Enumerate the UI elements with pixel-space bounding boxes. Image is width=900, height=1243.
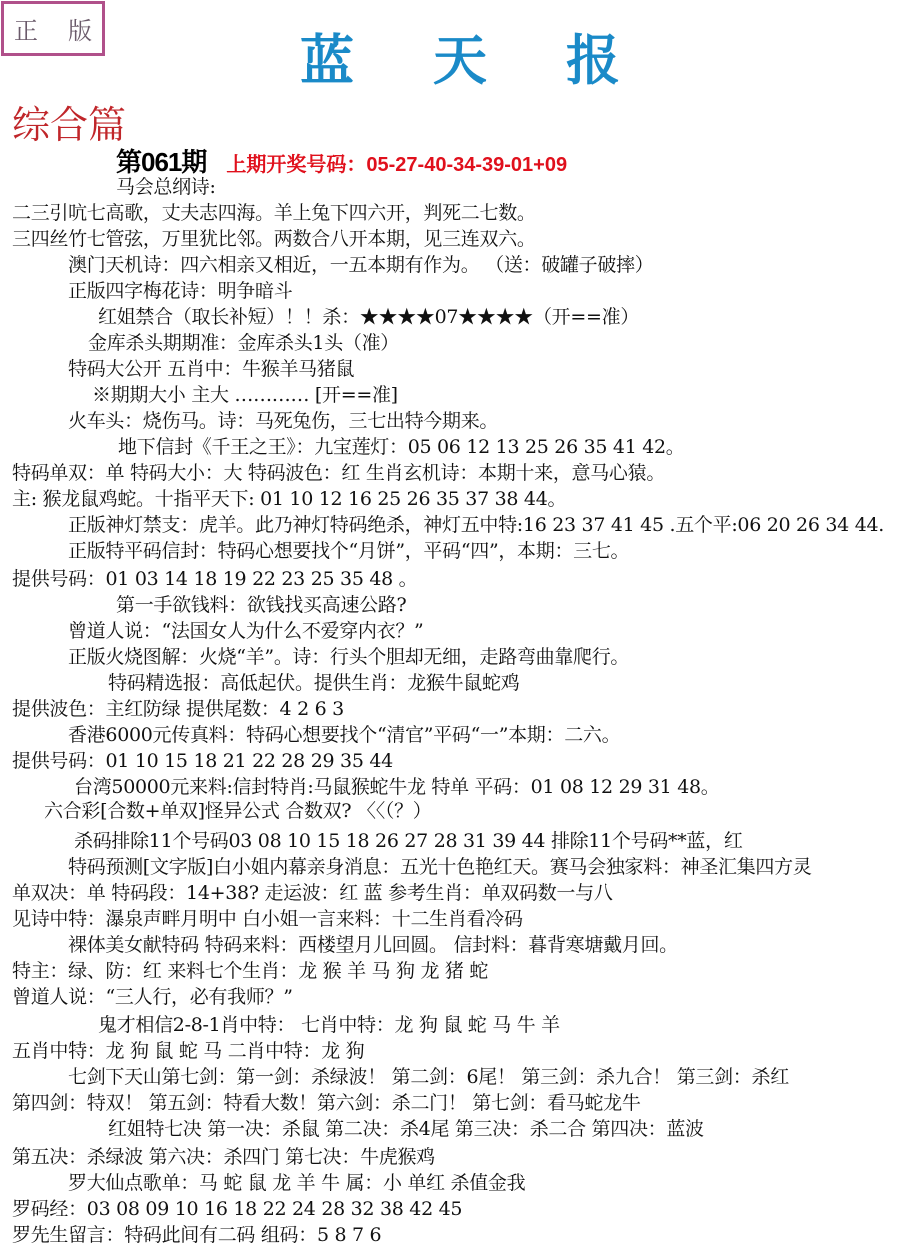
text-line: 火车头：烧伤马。诗：马死兔伤，三七出特今期来。 <box>68 410 498 432</box>
text-line: 正版特平码信封：特码心想要找个“月饼”，平码“四”，本期：三七。 <box>68 540 629 562</box>
text-line: 第五决：杀绿波 第六决：杀四门 第七决：牛虎猴鸡 <box>12 1146 435 1168</box>
masthead-char-2: 天 <box>433 18 487 95</box>
badge-left-char: 正 <box>14 11 38 46</box>
masthead-title: 蓝 天 报 <box>300 18 620 95</box>
text-line: 杀码排除11个号码03 08 10 15 18 26 27 28 31 39 4… <box>74 830 743 852</box>
text-line: 曾道人说：“三人行，必有我师？” <box>12 986 293 1008</box>
text-line: 主: 猴龙鼠鸡蛇。十指平天下: 01 10 12 16 25 26 35 37 … <box>12 488 566 510</box>
text-line: 香港6000元传真料：特码心想要找个“清官”平码“一”本期：二六。 <box>68 724 620 746</box>
text-line: 第四剑：特双！ 第五剑：特看大数！第六剑：杀二门！ 第七剑：看马蛇龙牛 <box>12 1092 641 1114</box>
authentic-badge: 正 版 <box>1 1 105 56</box>
text-line: 六合彩[合数+单双]怪异公式 合数双? 〈〈（？） <box>44 800 432 822</box>
text-line: 曾道人说：“法国女人为什么不爱穿内衣？” <box>68 620 423 642</box>
text-line: 特主：绿、防：红 来料七个生肖：龙 猴 羊 马 狗 龙 猪 蛇 <box>12 960 488 982</box>
text-line: 七剑下天山第七剑：第一剑：杀绿波！ 第二剑：6尾！ 第三剑：杀九合！ 第三剑：杀… <box>68 1066 789 1088</box>
text-line: 单双决：单 特码段：14+38? 走运波：红 蓝 参考生肖：单双码数一与八 <box>12 882 613 904</box>
masthead-char-1: 蓝 <box>300 18 354 95</box>
text-line: 提供号码：01 10 15 18 21 22 28 29 35 44 <box>12 750 393 772</box>
text-line: 正版四字梅花诗：明争暗斗 <box>68 280 292 302</box>
text-line: 特码精选报：高低起伏。提供生肖：龙猴牛鼠蛇鸡 <box>108 672 519 694</box>
text-line: 特码预测[文字版]白小姐内幕亲身消息：五光十色艳红天。赛马会独家料：神圣汇集四方… <box>68 856 812 878</box>
text-line: 二三引吭七高歌，丈夫志四海。羊上兔下四六开，判死二七数。 <box>12 202 536 224</box>
text-line: 裸体美女献特码 特码来料：西楼望月儿回圆。 信封料：暮背寒塘戴月回。 <box>68 934 678 956</box>
text-line: 马会总纲诗: <box>116 176 216 198</box>
masthead-char-3: 报 <box>566 18 620 95</box>
text-line: 见诗中特：瀑泉声畔月明中 白小姐一言来料：十二生肖看冷码 <box>12 908 523 930</box>
text-line: 罗大仙点歌单：马 蛇 鼠 龙 羊 牛 属：小 单红 杀值金我 <box>68 1172 525 1194</box>
text-line: 第一手欲钱料：欲钱找买高速公路? <box>116 594 406 616</box>
text-line: 金库杀头期期准：金库杀头1头（准） <box>88 332 399 354</box>
badge-right-char: 版 <box>68 11 92 46</box>
text-line: ※期期大小 主大 ………… [开==准] <box>92 384 398 406</box>
text-line: 地下信封《千王之王》：九宝莲灯：05 06 12 13 25 26 35 41 … <box>118 436 685 458</box>
text-line: 台湾50000元来料:信封特肖:马鼠猴蛇牛龙 特单 平码：01 08 12 29… <box>74 776 719 798</box>
text-line: 罗码经：03 08 09 10 16 18 22 24 28 32 38 42 … <box>12 1198 462 1220</box>
text-line: 澳门天机诗：四六相亲又相近，一五本期有作为。 （送：破罐子破摔） <box>68 254 653 276</box>
text-line: 特码单双：单 特码大小：大 特码波色：红 生肖玄机诗：本期十来，意马心猿。 <box>12 462 665 484</box>
text-line: 正版神灯禁支：虎羊。此乃神灯特码绝杀，神灯五中特:16 23 37 41 45 … <box>68 514 884 536</box>
last-draw-numbers: 上期开奖号码：05-27-40-34-39-01+09 <box>226 148 567 177</box>
issue-header: 第061期 上期开奖号码：05-27-40-34-39-01+09 <box>116 142 567 179</box>
text-line: 正版火烧图解：火烧“羊”。诗：行头个胆却无细，走路弯曲靠爬行。 <box>68 646 629 668</box>
text-line: 红姐禁合（取长补短）！！杀：★★★★07★★★★（开==准） <box>98 306 639 328</box>
text-line: 提供波色：主红防绿 提供尾数：4 2 6 3 <box>12 698 344 720</box>
text-line: 红姐特七决 第一决：杀鼠 第二决：杀4尾 第三决：杀二合 第四决：蓝波 <box>108 1118 704 1140</box>
text-line: 罗先生留言：特码此间有二码 组码：5 8 7 6 <box>12 1224 381 1243</box>
text-line: 鬼才相信2-8-1肖中特： 七肖中特：龙 狗 鼠 蛇 马 牛 羊 <box>98 1014 560 1036</box>
section-title: 综合篇 <box>12 94 126 149</box>
text-line: 特码大公开 五肖中：牛猴羊马猪鼠 <box>68 358 354 380</box>
text-line: 五肖中特：龙 狗 鼠 蛇 马 二肖中特：龙 狗 <box>12 1040 364 1062</box>
text-line: 三四丝竹七管弦，万里犹比邻。两数合八开本期，见三连双六。 <box>12 228 536 250</box>
text-line: 提供号码：01 03 14 18 19 22 23 25 35 48 。 <box>12 568 417 590</box>
issue-number: 第061期 <box>116 142 206 179</box>
